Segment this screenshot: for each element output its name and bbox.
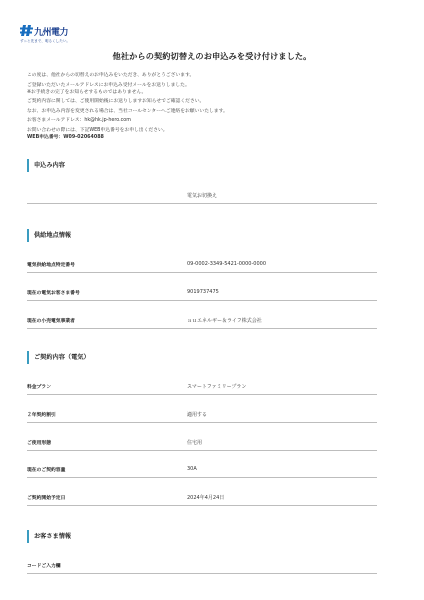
table-row: 現在のご契約容量 30A [27, 463, 377, 478]
row-label: ２年契約割引 [27, 411, 56, 418]
table-row: コードご入力欄 [27, 559, 377, 574]
thanks-text: この度は、他社からの切替えのお申込みをいただき、ありがとうございます。 [27, 72, 397, 79]
row-value: 電気お切換え [187, 192, 217, 199]
page-title: 他社からの契約切替えのお申込みを受け付けました。 [0, 51, 424, 62]
contract-confirm-text: ご契約内容に関しては、ご使用開始後にお送りしますお知らせでご確認ください。 [27, 98, 397, 105]
section-title-application: 申込み内容 [27, 159, 65, 172]
row-value: スマートファミリープラン [187, 383, 246, 390]
note-text: ※お手続きの完了をお知らせするものではありません。 [27, 90, 146, 95]
row-value: 住宅用 [187, 439, 202, 446]
table-row: 電気供給地点特定番号 09-0002-3349-5421-0000-0000 [27, 258, 377, 273]
table-row: ２年契約割引 適用する [27, 408, 377, 423]
logo-tagline: ずっと先まで、明るくしたい。 [20, 39, 70, 44]
kyuden-logo[interactable]: 九州電力 ずっと先まで、明るくしたい。 [20, 24, 80, 46]
table-row: 現在の小売電気事業者 ａｕエネルギー＆ライフ株式会社 [27, 314, 377, 329]
section-title-customer: お客さま情報 [27, 530, 71, 543]
row-value: 9019737475 [187, 289, 219, 295]
row-label: 電気供給地点特定番号 [27, 261, 75, 268]
row-value: 2024年4月24日 [187, 494, 224, 501]
intro-text: この度は、他社からの切替えのお申込みをいただき、ありがとうございます。 ご登録い… [27, 72, 397, 143]
table-row: 料金プラン スマートファミリープラン [27, 380, 377, 395]
table-row: ご契約開始予定日 2024年4月24日 [27, 491, 377, 506]
inquiry-text: お問い合わせの際には、下記WEB申込番号をお申し出ください。 WEB申込番号：W… [27, 127, 397, 141]
customer-email: お客さまメールアドレス：hk@hk.jp-hero.com [27, 117, 397, 124]
section-title-supply-point: 供給地点情報 [27, 229, 71, 242]
row-label: ご使用形態 [27, 439, 51, 446]
change-notice-text: なお、お申込み内容を変更される場合は、当社コールセンターへご連絡をお願いいたしま… [27, 108, 397, 115]
web-application-number: WEB申込番号：W09-02064088 [27, 135, 104, 140]
table-row: ご使用形態 住宅用 [27, 436, 377, 451]
email-sent-text: ご登録いただいたメールアドレスにお申込み受付メールをお送りしました。 ※お手続き… [27, 82, 397, 96]
row-value: 30A [187, 466, 197, 472]
row-label: コードご入力欄 [27, 562, 61, 569]
row-label: 現在のご契約容量 [27, 466, 65, 473]
row-label: 現在の小売電気事業者 [27, 317, 75, 324]
row-label: 現在の電気お客さま番号 [27, 289, 80, 296]
section-title-contract: ご契約内容（電気） [27, 351, 90, 364]
row-label: ご契約開始予定日 [27, 494, 65, 501]
kyuden-logo-mark-icon [20, 24, 33, 37]
table-row: 電気お切換え [27, 189, 377, 204]
row-value: ａｕエネルギー＆ライフ株式会社 [187, 317, 262, 324]
row-label: 料金プラン [27, 383, 51, 390]
table-row: 現在の電気お客さま番号 9019737475 [27, 286, 377, 301]
row-value: 適用する [187, 411, 207, 418]
row-value: 09-0002-3349-5421-0000-0000 [187, 261, 266, 267]
logo-name: 九州電力 [34, 25, 68, 38]
